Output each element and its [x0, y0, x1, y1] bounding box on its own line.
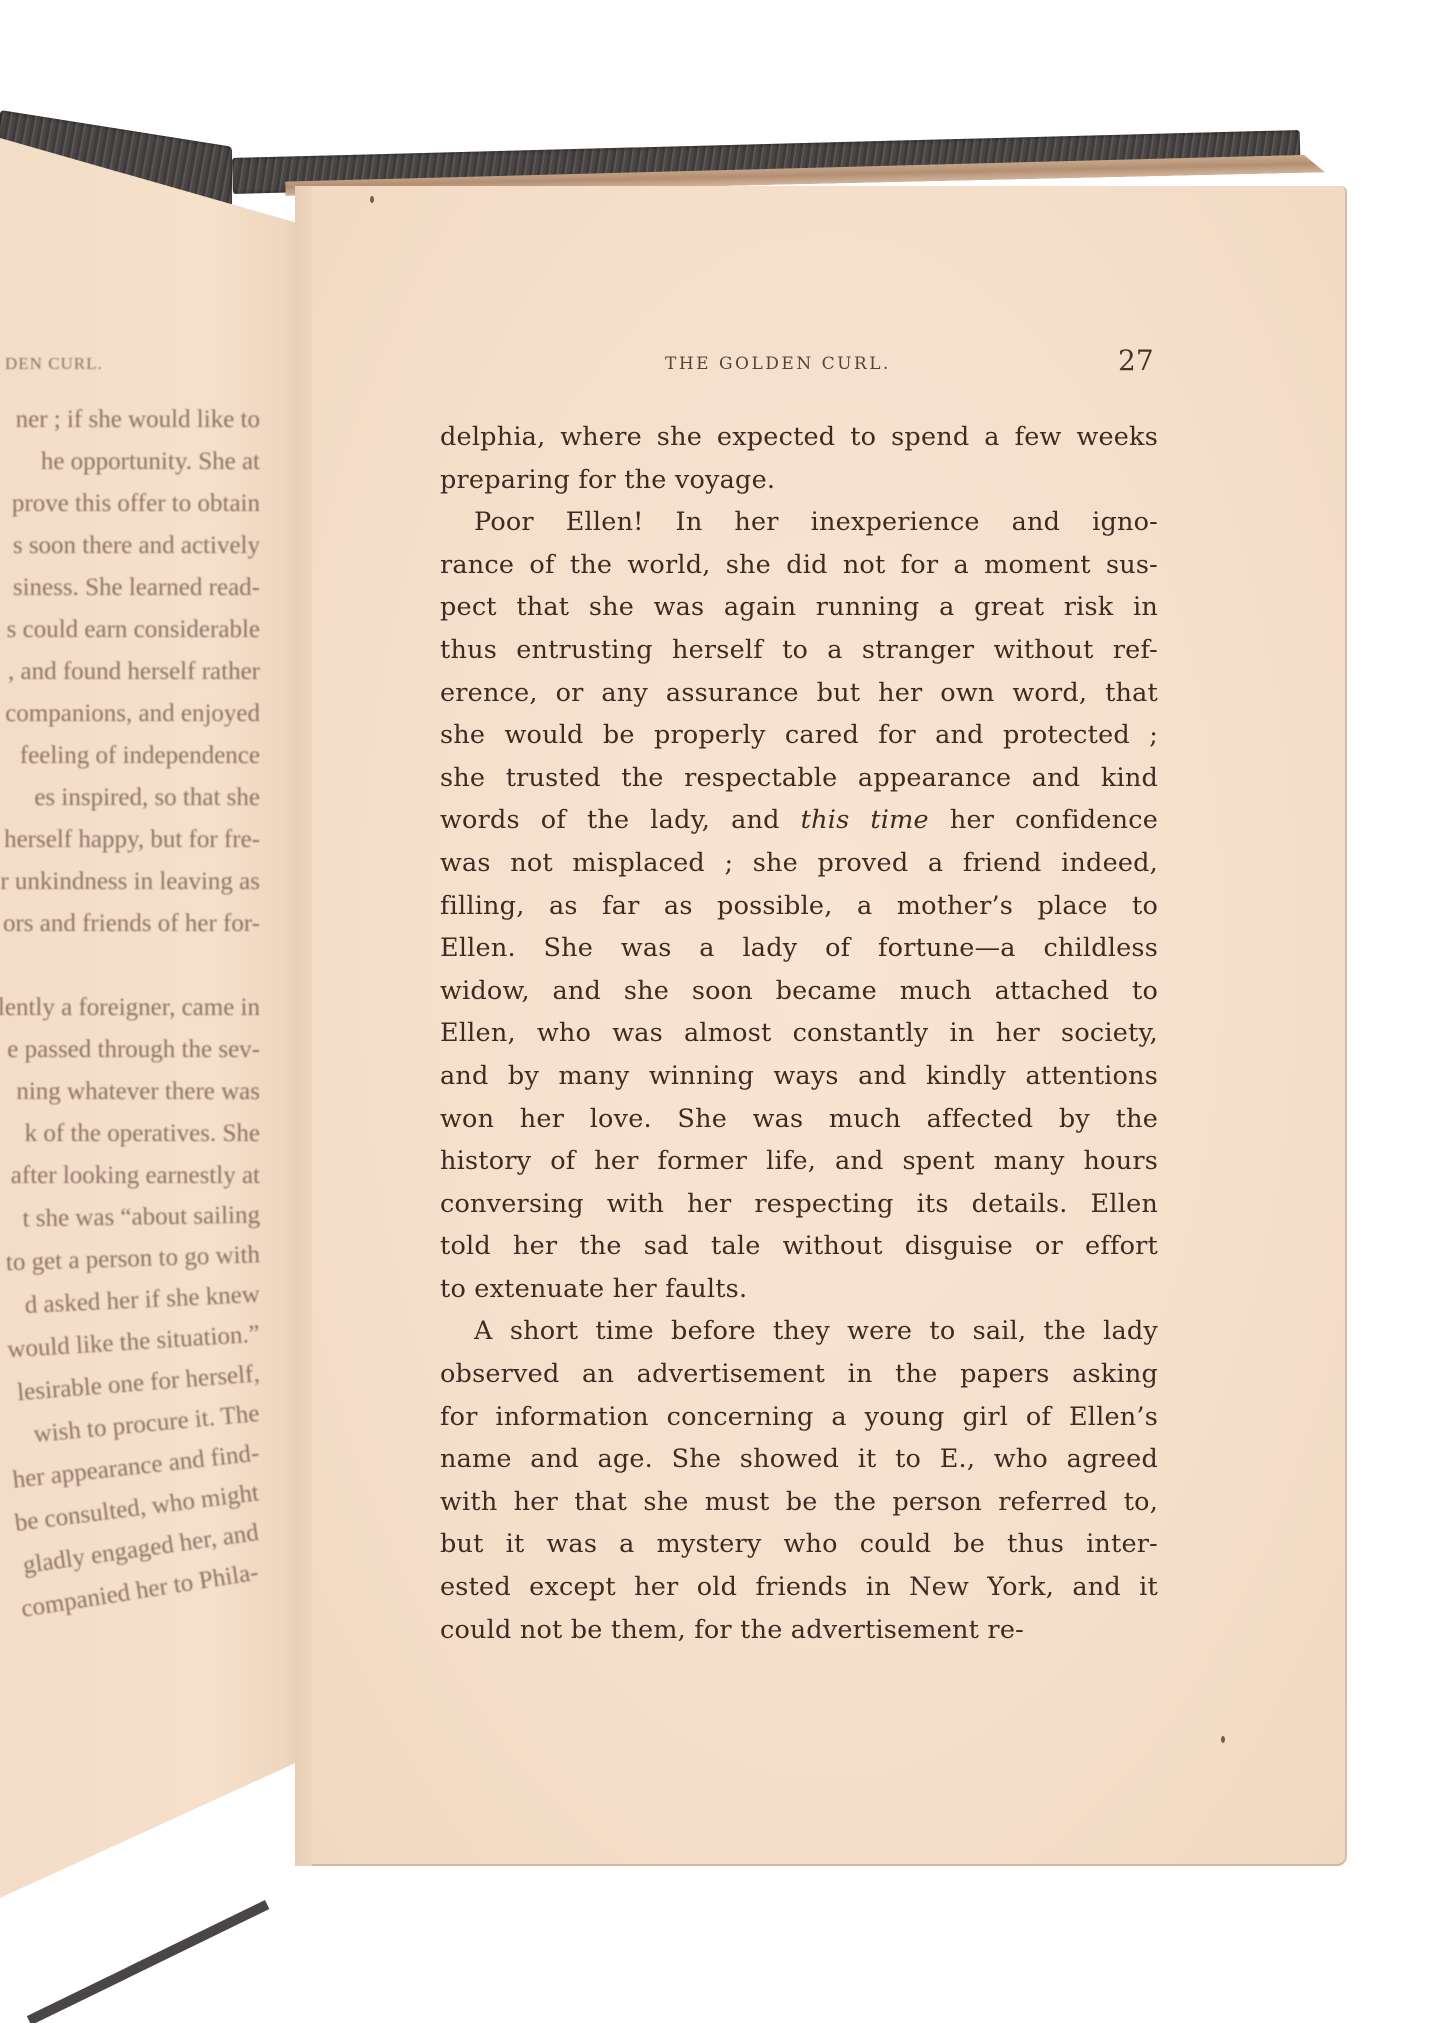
body-text-line: told her the sad tale without disguise o… [440, 1225, 1158, 1268]
body-text-line: delphia, where she expected to spend a f… [440, 416, 1158, 459]
body-text-line: name and age. She showed it to E., who a… [440, 1438, 1158, 1481]
paper-speck [370, 196, 374, 203]
body-text-line: Poor Ellen! In her inexperience and igno… [440, 501, 1158, 544]
body-text-line: was not misplaced ; she proved a friend … [440, 842, 1158, 885]
italic-phrase: this time [801, 805, 929, 835]
body-text-line: could not be them, for the advertisement… [440, 1609, 1158, 1652]
body-text-line: observed an advertisement in the papers … [440, 1353, 1158, 1396]
left-page-text: DEN CURL.ner ; if she would like tohe op… [0, 138, 260, 1617]
left-text-line: ner ; if she would like to [0, 399, 260, 441]
body-text-line: history of her former life, and spent ma… [440, 1140, 1158, 1183]
body-text-line: with her that she must be the person ref… [440, 1481, 1158, 1524]
paper-speck [1221, 1736, 1225, 1743]
body-text-line: she trusted the respectable appearance a… [440, 757, 1158, 800]
left-text-line: s could earn considerable [0, 609, 260, 651]
left-text-line: he opportunity. She at [0, 441, 260, 483]
left-text-line: r unkindness in leaving as [0, 861, 260, 903]
body-text-line: but it was a mystery who could be thus i… [440, 1523, 1158, 1566]
left-text-line: ors and friends of her for- [0, 903, 260, 945]
book-cover-cloth-bottom [27, 1900, 270, 2023]
left-text-line: lently a foreigner, came in [0, 987, 260, 1029]
left-text-line: companions, and enjoyed [0, 693, 260, 735]
left-text-line: prove this offer to obtain [0, 483, 260, 525]
left-page: DEN CURL.ner ; if she would like tohe op… [0, 138, 308, 1898]
page-number: 27 [1118, 344, 1154, 377]
right-page: THE GOLDEN CURL. 27 delphia, where she e… [312, 186, 1347, 1866]
body-text-line: thus entrusting herself to a stranger wi… [440, 629, 1158, 672]
left-text-line: k of the operatives. She [0, 1113, 260, 1155]
body-text-line: preparing for the voyage. [440, 459, 1158, 502]
left-text-line: after looking earnestly at [0, 1155, 260, 1197]
left-text-line: siness. She learned read- [0, 567, 260, 609]
body-text-line: widow, and she soon became much attached… [440, 970, 1158, 1013]
left-text-line [0, 945, 260, 987]
body-text-line: to extenuate her faults. [440, 1268, 1158, 1311]
body-text-line: won her love. She was much affected by t… [440, 1098, 1158, 1141]
body-text-line: for information concerning a young girl … [440, 1396, 1158, 1439]
left-running-head: DEN CURL. [0, 343, 260, 385]
body-text-line: and by many winning ways and kindly atte… [440, 1055, 1158, 1098]
running-head: THE GOLDEN CURL. [665, 354, 891, 374]
body-text-line: filling, as far as possible, a mother’s … [440, 885, 1158, 928]
body-text-line: conversing with her respecting its detai… [440, 1183, 1158, 1226]
body-text-line: Ellen. She was a lady of fortune—a child… [440, 927, 1158, 970]
right-page-body-text: delphia, where she expected to spend a f… [440, 416, 1158, 1651]
body-text-line: Ellen, who was almost constantly in her … [440, 1012, 1158, 1055]
left-text-line: s soon there and actively [0, 525, 260, 567]
left-text-line: e passed through the sev- [0, 1029, 260, 1071]
body-text-line: she would be properly cared for and prot… [440, 714, 1158, 757]
body-text-line: words of the lady, and this time her con… [440, 799, 1158, 842]
body-text-line: rance of the world, she did not for a mo… [440, 544, 1158, 587]
left-text-line: ning whatever there was [0, 1071, 260, 1113]
left-text-line: , and found herself rather [0, 651, 260, 693]
body-text-line: A short time before they were to sail, t… [440, 1310, 1158, 1353]
left-text-line: es inspired, so that she [0, 777, 260, 819]
left-text-line: feeling of independence [0, 735, 260, 777]
body-text-line: pect that she was again running a great … [440, 586, 1158, 629]
body-text-line: erence, or any assurance but her own wor… [440, 672, 1158, 715]
left-text-line: herself happy, but for fre- [0, 819, 260, 861]
body-text-line: ested except her old friends in New York… [440, 1566, 1158, 1609]
left-text-line: t she was “about sailing [0, 1195, 260, 1242]
